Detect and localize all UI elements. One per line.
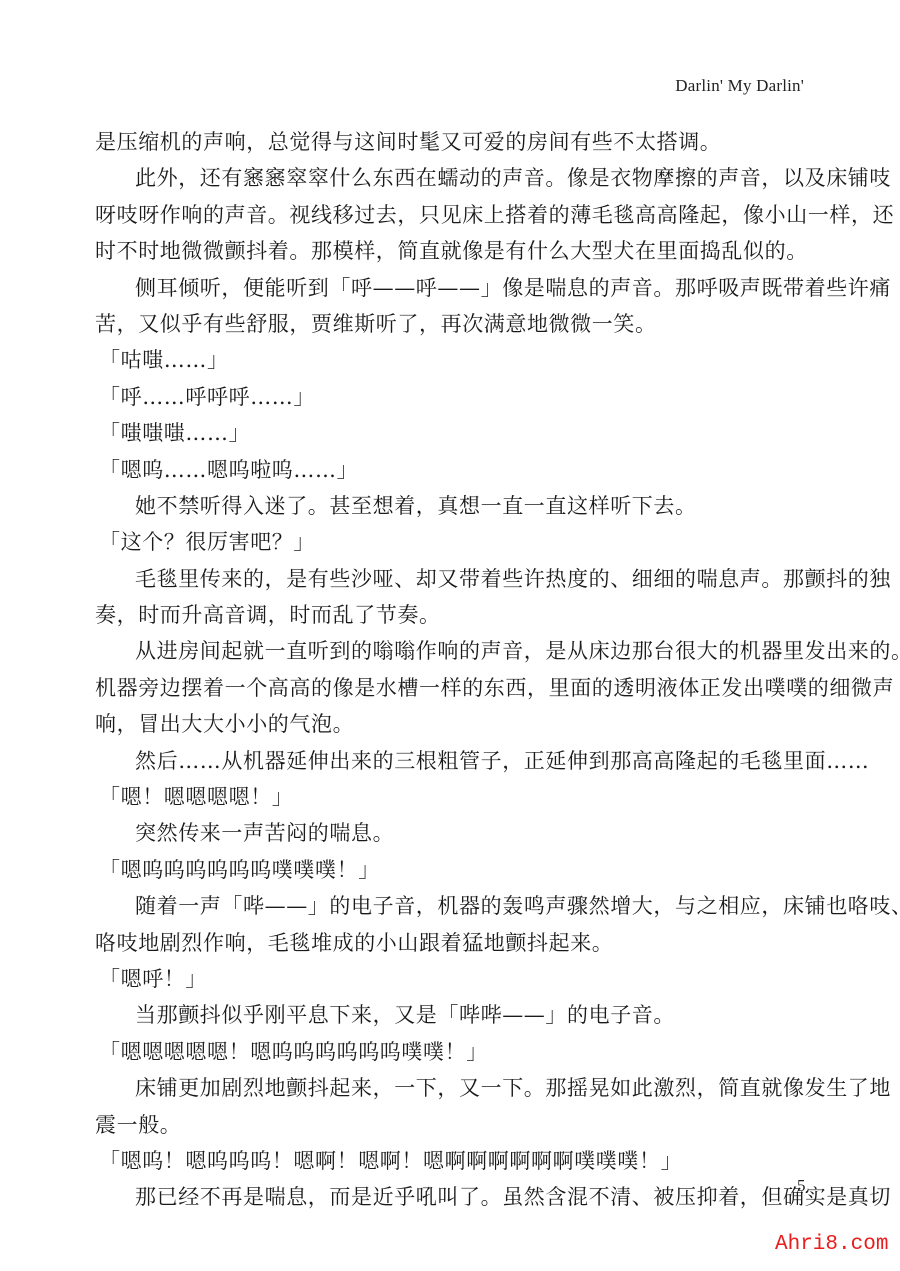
page-number: 5 (797, 1176, 806, 1196)
text-line: 时不时地微微颤抖着。那模样，简直就像是有什么大型犬在里面捣乱似的。 (95, 233, 807, 269)
text-line: 震一般。 (95, 1107, 807, 1143)
text-line: 「嗤嗤嗤……」 (95, 415, 807, 451)
text-line: 「嗯呜！嗯呜呜呜！嗯啊！嗯啊！嗯啊啊啊啊啊啊噗噗噗！」 (95, 1143, 807, 1179)
text-line: 侧耳倾听，便能听到「呼——呼——」像是喘息的声音。那呼吸声既带着些许痛 (95, 270, 807, 306)
text-line: 响，冒出大大小小的气泡。 (95, 706, 807, 742)
text-line: 突然传来一声苦闷的喘息。 (95, 815, 807, 851)
text-line: 呀吱呀作响的声音。视线移过去，只见床上搭着的薄毛毯高高隆起，像小山一样，还 (95, 197, 807, 233)
text-line: 「嗯呜呜呜呜呜呜噗噗噗！」 (95, 852, 807, 888)
text-line: 「嗯嗯嗯嗯嗯！嗯呜呜呜呜呜呜噗噗！」 (95, 1034, 807, 1070)
text-line: 随着一声「哔——」的电子音，机器的轰鸣声骤然增大，与之相应，床铺也咯吱、 (95, 888, 807, 924)
body-text: 是压缩机的声响，总觉得与这间时髦又可爱的房间有些不太搭调。 此外，还有窸窸窣窣什… (95, 124, 807, 1216)
text-line: 她不禁听得入迷了。甚至想着，真想一直一直这样听下去。 (95, 488, 807, 524)
text-line: 那已经不再是喘息，而是近乎吼叫了。虽然含混不清、被压抑着，但确实是真切 (95, 1179, 807, 1215)
running-header-title: Darlin' My Darlin' (675, 76, 804, 96)
watermark: Ahri8.com (775, 1233, 888, 1256)
text-line: 奏，时而升高音调，时而乱了节奏。 (95, 597, 807, 633)
text-line: 「嗯呼！」 (95, 961, 807, 997)
text-line: 「嗯呜……嗯呜啦呜……」 (95, 452, 807, 488)
text-line: 此外，还有窸窸窣窣什么东西在蠕动的声音。像是衣物摩擦的声音，以及床铺吱 (95, 160, 807, 196)
text-line: 「呼……呼呼呼……」 (95, 379, 807, 415)
text-line: 「咕嗤……」 (95, 342, 807, 378)
text-line: 「这个？很厉害吧？」 (95, 524, 807, 560)
text-line: 从进房间起就一直听到的嗡嗡作响的声音，是从床边那台很大的机器里发出来的。 (95, 633, 807, 669)
text-line: 苦，又似乎有些舒服，贾维斯听了，再次满意地微微一笑。 (95, 306, 807, 342)
text-line: 机器旁边摆着一个高高的像是水槽一样的东西，里面的透明液体正发出噗噗的细微声 (95, 670, 807, 706)
text-line: 毛毯里传来的，是有些沙哑、却又带着些许热度的、细细的喘息声。那颤抖的独 (95, 561, 807, 597)
text-line: 「嗯！嗯嗯嗯嗯！」 (95, 779, 807, 815)
text-line: 当那颤抖似乎刚平息下来，又是「哔哔——」的电子音。 (95, 997, 807, 1033)
text-line: 咯吱地剧烈作响，毛毯堆成的小山跟着猛地颤抖起来。 (95, 925, 807, 961)
text-line: 床铺更加剧烈地颤抖起来，一下，又一下。那摇晃如此激烈，简直就像发生了地 (95, 1070, 807, 1106)
text-line: 然后……从机器延伸出来的三根粗管子，正延伸到那高高隆起的毛毯里面…… (95, 743, 807, 779)
text-line: 是压缩机的声响，总觉得与这间时髦又可爱的房间有些不太搭调。 (95, 124, 807, 160)
